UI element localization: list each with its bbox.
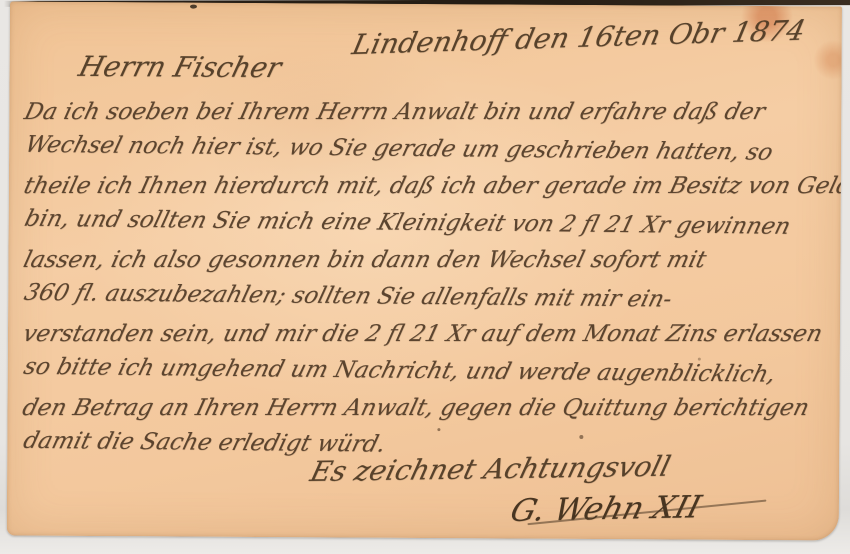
ink-speck <box>437 428 440 431</box>
salutation: Herrn Fischer <box>75 50 285 84</box>
handwritten-line: theile ich Ihnen hierdurch mit, daß ich … <box>20 168 842 205</box>
closing-phrase: Es zeichnet Achtungsvoll <box>307 450 674 488</box>
handwritten-line: den Betrag an Ihren Herrn Anwalt, gegen … <box>18 390 842 427</box>
edge-notch <box>190 5 197 9</box>
scanned-postcard-scene: Lindenhoff den 16ten Obr 1874 Herrn Fisc… <box>0 0 850 554</box>
handwritten-line: 360 fl. auszubezahlen; sollten Sie allen… <box>20 275 842 320</box>
handwritten-line: Wechsel noch hier ist, wo Sie gerade um … <box>21 127 842 172</box>
letter-body: Da ich soeben bei Ihrem Herrn Anwalt bin… <box>23 92 839 467</box>
dateline: Lindenhoff den 16ten Obr 1874 <box>349 14 808 61</box>
handwritten-line: bin, und sollten Sie mich eine Kleinigke… <box>20 201 842 246</box>
postcard: Lindenhoff den 16ten Obr 1874 Herrn Fisc… <box>7 1 842 540</box>
handwritten-line: verstanden sein, und mir die 2 fl 21 Xr … <box>19 316 842 353</box>
handwritten-line: so bitte ich umgehend um Nachricht, und … <box>19 349 842 394</box>
ink-speck <box>698 358 701 361</box>
handwritten-line: Da ich soeben bei Ihrem Herrn Anwalt bin… <box>20 94 842 131</box>
handwritten-line: lassen, ich also gesonnen bin dann den W… <box>19 242 842 279</box>
ink-speck <box>579 435 583 439</box>
